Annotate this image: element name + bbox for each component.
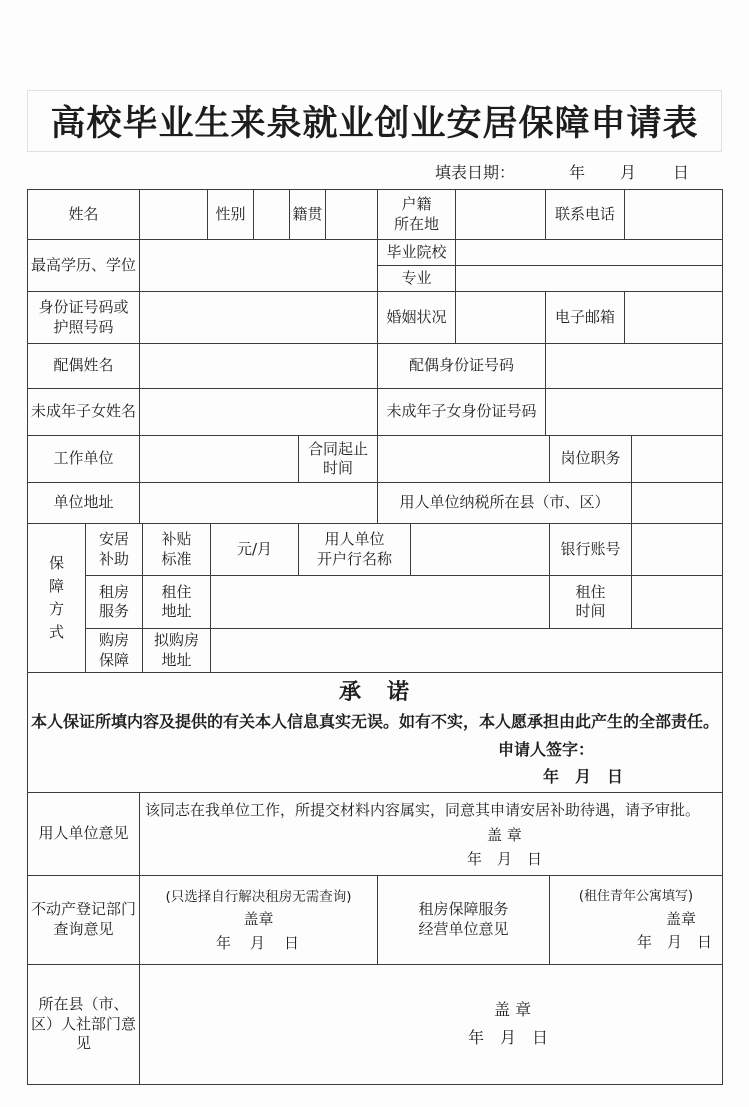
major-label: 专业 [378,266,456,292]
gender-label: 性别 [208,190,254,240]
row-registry-opinion: 不动产登记部门 查询意见 (只选择自行解决租房无需查询) 盖章 年 月 日 租房… [27,875,723,965]
employer-address-label: 单位地址 [28,483,140,524]
purchase-address-input-cell [211,629,723,673]
rental-unit-opinion-cell: (租住青年公寓填写) 盖章 年 月 日 [550,875,723,964]
employer-address-input-cell [140,483,378,524]
hr-opinion-label: 所在县（市、 区）人社部门意 见 [28,964,140,1084]
spouse-id-label: 配偶身份证号码 [378,344,546,389]
hr-opinion-seal: 盖 章 [142,1000,720,1021]
registry-opinion-seal: 盖章 [142,910,375,930]
name-input-cell [140,190,208,240]
education-input-cell [140,240,378,292]
id-number-input-cell [140,292,378,344]
row-children: 未成年子女姓名 未成年子女身份证号码 [27,388,723,436]
name-label: 姓名 [28,190,140,240]
fill-date-month: 月 [620,160,636,183]
tax-county-label: 用人单位纳税所在县（市、区） [378,483,632,524]
rental-unit-opinion-date: 年 月 日 [552,933,720,953]
commitment-cell: 承 诺 本人保证所填内容及提供的有关本人信息真实无误。如有不实，本人愿承担由此产… [28,673,723,793]
rental-address-input-cell [211,576,550,629]
spouse-name-label: 配偶姓名 [28,344,140,389]
phone-input-cell [625,190,723,240]
rental-unit-opinion-seal: 盖章 [552,910,720,930]
fill-date-label: 填表日期： [435,160,515,183]
employer-opinion-cell: 该同志在我单位工作，所提交材料内容属实，同意其申请安居补助待遇，请予审批。 盖 … [140,792,723,875]
row-employer-address: 单位地址 用人单位纳税所在县（市、区） [27,482,723,524]
native-place-input-cell [326,190,378,240]
registry-opinion-label: 不动产登记部门 查询意见 [28,875,140,964]
bank-account-input-cell [632,524,723,576]
registry-opinion-cell: (只选择自行解决租房无需查询) 盖章 年 月 日 [140,875,378,964]
school-input-cell [456,240,723,266]
marital-status-input-cell [456,292,546,344]
fill-date-year: 年 [569,160,585,183]
bank-account-label: 银行账号 [550,524,632,576]
rental-unit-opinion-label: 租房保障服务 经营单位意见 [378,875,550,964]
employer-opinion-date: 年 月 日 [142,850,720,870]
fill-date-day: 日 [673,160,689,183]
applicant-signature-label: 申请人签字： [30,740,720,761]
rental-time-input-cell [632,576,723,629]
tax-county-input-cell [632,483,723,524]
row-basic-info: 姓名 性别 籍贯 户籍 所在地 联系电话 [27,189,723,240]
marital-status-label: 婚姻状况 [378,292,456,344]
purchase-address-label: 拟购房 地址 [143,629,211,673]
rental-unit-opinion-note: (租住青年公寓填写) [552,889,720,906]
fill-date-line: 填表日期： 年 月 日 [27,158,722,184]
household-label: 户籍 所在地 [378,190,456,240]
email-label: 电子邮箱 [546,292,625,344]
row-id-info: 身份证号码或 护照号码 婚姻状况 电子邮箱 [27,291,723,344]
spouse-name-input-cell [140,344,378,389]
commitment-body: 本人保证所填内容及提供的有关本人信息真实无误。如有不实，本人愿承担由此产生的全部… [30,712,720,733]
children-name-input-cell [140,389,378,436]
rental-service-label: 租房 服务 [86,576,143,629]
commitment-title: 承 诺 [30,679,720,708]
subsidy-unit-label: 元/月 [211,524,299,576]
rental-address-label: 租住 地址 [143,576,211,629]
employer-opinion-seal: 盖 章 [142,826,720,846]
rental-time-label: 租住 时间 [550,576,632,629]
commitment-date: 年 月 日 [30,767,720,788]
position-input-cell [632,436,723,483]
purchase-guarantee-label: 购房 保障 [86,629,143,673]
position-label: 岗位职务 [550,436,632,483]
phone-label: 联系电话 [546,190,625,240]
form-table: 姓名 性别 籍贯 户籍 所在地 联系电话 最高学历、学位 毕业院校 [27,190,722,1085]
row-security-group: 保 障 方 式 安居 补助 补贴 标准 元/月 用人单位 开户行名称 银行账号 … [27,523,723,673]
email-input-cell [625,292,723,344]
row-employer-opinion: 用人单位意见 该同志在我单位工作，所提交材料内容属实，同意其申请安居补助待遇，请… [27,792,723,876]
row-spouse: 配偶姓名 配偶身份证号码 [27,343,723,389]
row-education: 最高学历、学位 毕业院校 专业 [27,239,723,292]
children-name-label: 未成年子女姓名 [28,389,140,436]
row-commitment: 承 诺 本人保证所填内容及提供的有关本人信息真实无误。如有不实，本人愿承担由此产… [27,672,723,793]
employer-bank-label: 用人单位 开户行名称 [299,524,411,576]
gender-input-cell [254,190,290,240]
contract-period-input-cell [378,436,550,483]
household-input-cell [456,190,546,240]
hr-opinion-cell: 盖 章 年 月 日 [140,964,723,1084]
row-employer: 工作单位 合同起止 时间 岗位职务 [27,435,723,483]
children-id-label: 未成年子女身份证号码 [378,389,546,436]
housing-subsidy-label: 安居 补助 [86,524,143,576]
native-place-label: 籍贯 [290,190,326,240]
contract-period-label: 合同起止 时间 [299,436,378,483]
school-label: 毕业院校 [378,240,456,266]
children-id-input-cell [546,389,723,436]
registry-opinion-note: (只选择自行解决租房无需查询) [142,889,375,907]
hr-opinion-date: 年 月 日 [142,1028,720,1049]
employer-opinion-label: 用人单位意见 [28,792,140,875]
employer-label: 工作单位 [28,436,140,483]
major-input-cell [456,266,723,292]
security-mode-label: 保 障 方 式 [28,524,86,673]
employer-input-cell [140,436,299,483]
spouse-id-input-cell [546,344,723,389]
form-page: 高校毕业生来泉就业创业安居保障申请表 填表日期： 年 月 日 姓名 性别 籍贯 … [0,0,749,1107]
row-hr-opinion: 所在县（市、 区）人社部门意 见 盖 章 年 月 日 [27,964,723,1085]
employer-opinion-statement: 该同志在我单位工作，所提交材料内容属实，同意其申请安居补助待遇，请予审批。 [142,801,720,821]
registry-opinion-date: 年 月 日 [142,934,375,954]
subsidy-standard-label: 补贴 标准 [143,524,211,576]
id-number-label: 身份证号码或 护照号码 [28,292,140,344]
education-label: 最高学历、学位 [28,240,140,292]
employer-bank-input-cell [411,524,550,576]
form-title: 高校毕业生来泉就业创业安居保障申请表 [27,90,722,152]
